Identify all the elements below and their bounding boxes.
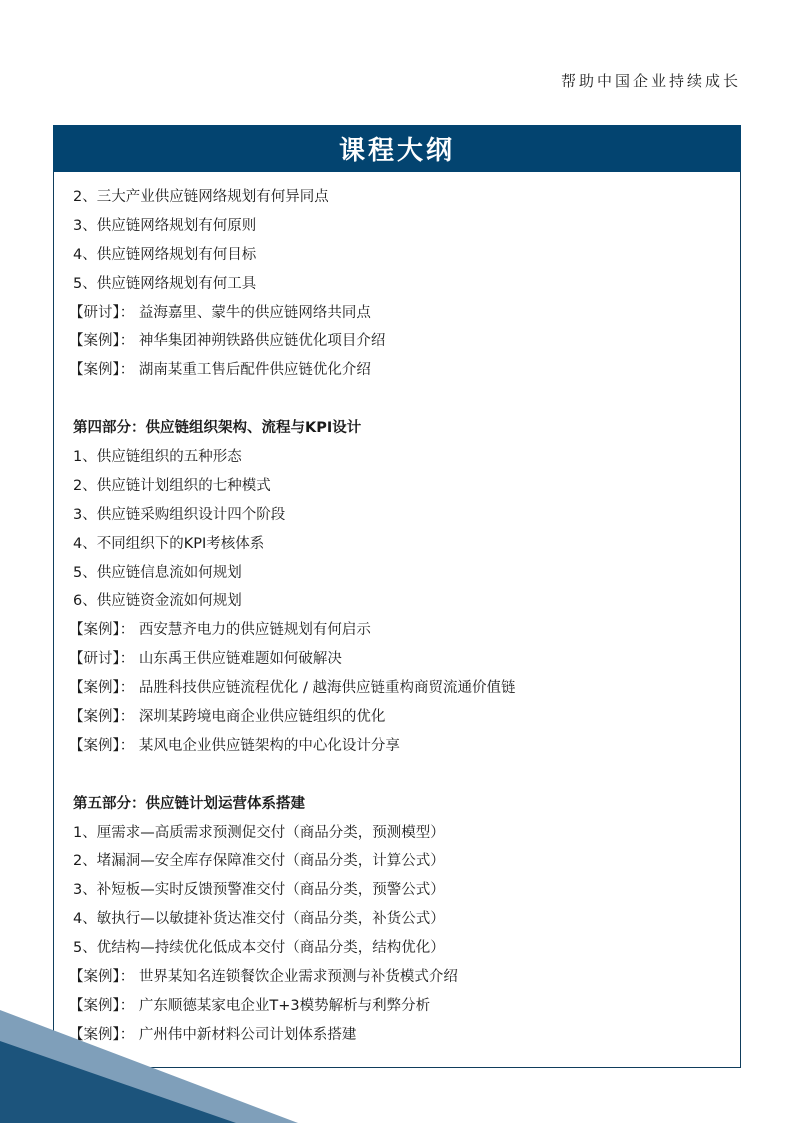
outline-line: 2、堵漏洞—安全库存保障准交付（商品分类，计算公式） xyxy=(73,847,733,876)
outline-case: 【案例】： 西安慧齐电力的供应链规划有何启示 xyxy=(69,616,733,645)
outline-case: 【案例】： 深圳某跨境电商企业供应链组织的优化 xyxy=(69,703,733,732)
outline-discussion: 【研讨】： 山东禹王供应链难题如何破解决 xyxy=(69,645,733,674)
outline-case: 【案例】： 湖南某重工售后配件供应链优化介绍 xyxy=(69,356,733,385)
spacer xyxy=(73,385,733,414)
outline-line: 4、敏执行—以敏捷补货达准交付（商品分类，补货公式） xyxy=(73,905,733,934)
outline-line: 4、供应链网络规划有何目标 xyxy=(73,241,733,270)
outline-line: 4、不同组织下的KPI考核体系 xyxy=(73,530,733,559)
outline-line: 2、三大产业供应链网络规划有何异同点 xyxy=(73,183,733,212)
outline-line: 5、供应链信息流如何规划 xyxy=(73,559,733,588)
section-heading-part5: 第五部分：供应链计划运营体系搭建 xyxy=(73,790,733,819)
page-tagline: 帮助中国企业持续成长 xyxy=(561,70,741,91)
spacer xyxy=(73,761,733,790)
outline-case: 【案例】： 神华集团神朔铁路供应链优化项目介绍 xyxy=(69,327,733,356)
outline-content: 2、三大产业供应链网络规划有何异同点 3、供应链网络规划有何原则 4、供应链网络… xyxy=(73,183,733,1050)
outline-case: 【案例】： 品胜科技供应链流程优化 / 越海供应链重构商贸流通价值链 xyxy=(69,674,733,703)
outline-line: 5、供应链网络规划有何工具 xyxy=(73,270,733,299)
outline-title: 课程大纲 xyxy=(53,125,741,172)
outline-discussion: 【研讨】： 益海嘉里、蒙牛的供应链网络共同点 xyxy=(69,299,733,328)
outline-line: 3、供应链采购组织设计四个阶段 xyxy=(73,501,733,530)
outline-case: 【案例】： 某风电企业供应链架构的中心化设计分享 xyxy=(69,732,733,761)
outline-line: 1、厘需求—高质需求预测促交付（商品分类，预测模型） xyxy=(73,819,733,848)
outline-line: 5、优结构—持续优化低成本交付（商品分类，结构优化） xyxy=(73,934,733,963)
outline-line: 6、供应链资金流如何规划 xyxy=(73,587,733,616)
section-heading-part4: 第四部分：供应链组织架构、流程与KPI设计 xyxy=(73,414,733,443)
outline-line: 3、补短板—实时反馈预警准交付（商品分类，预警公式） xyxy=(73,876,733,905)
corner-decoration xyxy=(0,1003,320,1123)
outline-line: 1、供应链组织的五种形态 xyxy=(73,443,733,472)
outline-line: 3、供应链网络规划有何原则 xyxy=(73,212,733,241)
outline-case: 【案例】： 世界某知名连锁餐饮企业需求预测与补货模式介绍 xyxy=(69,963,733,992)
outline-line: 2、供应链计划组织的七种模式 xyxy=(73,472,733,501)
